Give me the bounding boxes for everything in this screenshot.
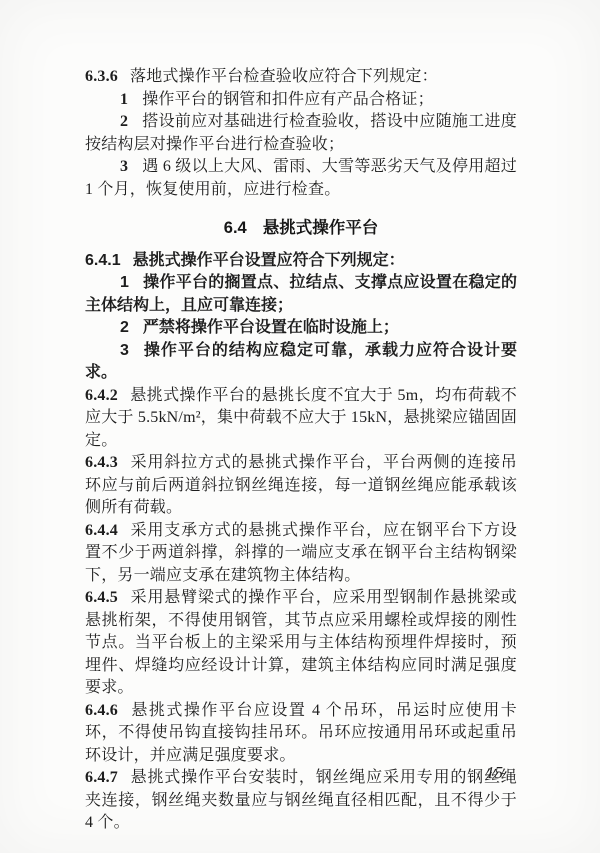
document-page: 6.3.6落地式操作平台检查验收应符合下列规定： 1操作平台的钢管和扣件应有产品… [0,0,600,853]
item-number: 2 [120,113,142,130]
clause-number: 6.4.2 [85,387,130,404]
item-number: 2 [120,319,143,336]
item-number: 3 [120,158,142,175]
page-number: 15 [486,763,503,783]
item-number: 1 [120,274,143,291]
clause-text: 采用支承方式的悬挑式操作平台，应在钢平台下方设置不少于两道斜撑，斜撑的一端应支承… [85,522,517,584]
clause-6-4-1-item-1: 1操作平台的搁置点、拉结点、支撑点应设置在稳定的主体结构上，且应可靠连接； [85,272,517,317]
item-text: 搭设前应对基础进行检查验收，搭设中应随施工进度按结构层对操作平台进行检查验收； [85,113,517,153]
clause-number: 6.3.6 [85,68,130,85]
clause-6-4-4: 6.4.4采用支承方式的悬挑式操作平台，应在钢平台下方设置不少于两道斜撑，斜撑的… [85,520,517,588]
clause-text: 悬挑式操作平台安装时，钢丝绳应采用专用的钢丝绳夹连接，钢丝绳夹数量应与钢丝绳直径… [85,769,517,831]
clause-6-4-7: 6.4.7悬挑式操作平台安装时，钢丝绳应采用专用的钢丝绳夹连接，钢丝绳夹数量应与… [85,767,517,835]
clause-number: 6.4.6 [85,702,130,719]
clause-text: 悬挑式操作平台应设置 4 个吊环，吊运时应使用卡环，不得使吊钩直接钩挂吊环。吊环… [85,702,517,764]
section-heading: 6.4悬挑式操作平台 [85,217,517,240]
clause-number: 6.4.7 [85,769,130,786]
clause-number: 6.4.1 [85,252,133,269]
item-text: 操作平台的结构应稳定可靠，承载力应符合设计要求。 [85,342,517,382]
item-text: 严禁将操作平台设置在临时设施上； [143,319,399,336]
item-number: 3 [120,342,143,359]
clause-text: 采用悬臂梁式的操作平台，应采用型钢制作悬挑梁或悬挑桁架，不得使用钢管，其节点应采… [85,589,517,696]
item-text: 遇 6 级以上大风、雷雨、大雪等恶劣天气及停用超过 1 个月，恢复使用前，应进行… [85,158,517,198]
clause-number: 6.4.4 [85,522,130,539]
page-content: 6.3.6落地式操作平台检查验收应符合下列规定： 1操作平台的钢管和扣件应有产品… [85,66,517,835]
clause-number: 6.4.5 [85,589,130,606]
clause-6-4-1: 6.4.1悬挑式操作平台设置应符合下列规定： [85,250,517,273]
clause-6-3-6: 6.3.6落地式操作平台检查验收应符合下列规定： [85,66,517,89]
clause-6-4-3: 6.4.3采用斜拉方式的悬挑式操作平台，平台两侧的连接吊环应与前后两道斜拉钢丝绳… [85,452,517,520]
clause-text: 悬挑式操作平台的悬挑长度不宜大于 5m，均布荷载不应大于 5.5kN/m²，集中… [85,387,517,449]
section-title: 悬挑式操作平台 [263,219,379,237]
clause-6-4-1-item-3: 3操作平台的结构应稳定可靠，承载力应符合设计要求。 [85,340,517,385]
item-text: 操作平台的钢管和扣件应有产品合格证； [142,91,434,108]
clause-text: 落地式操作平台检查验收应符合下列规定： [130,68,438,85]
clause-text: 悬挑式操作平台设置应符合下列规定： [133,252,405,269]
clause-text: 采用斜拉方式的悬挑式操作平台，平台两侧的连接吊环应与前后两道斜拉钢丝绳连接，每一… [85,454,517,516]
clause-6-3-6-item-3: 3遇 6 级以上大风、雷雨、大雪等恶劣天气及停用超过 1 个月，恢复使用前，应进… [85,156,517,201]
clause-6-4-5: 6.4.5采用悬臂梁式的操作平台，应采用型钢制作悬挑梁或悬挑桁架，不得使用钢管，… [85,587,517,700]
item-number: 1 [120,91,142,108]
clause-6-4-6: 6.4.6悬挑式操作平台应设置 4 个吊环，吊运时应使用卡环，不得使吊钩直接钩挂… [85,700,517,768]
clause-6-3-6-item-2: 2搭设前应对基础进行检查验收，搭设中应随施工进度按结构层对操作平台进行检查验收； [85,111,517,156]
clause-6-3-6-item-1: 1操作平台的钢管和扣件应有产品合格证； [85,89,517,112]
clause-6-4-1-item-2: 2严禁将操作平台设置在临时设施上； [85,317,517,340]
item-text: 操作平台的搁置点、拉结点、支撑点应设置在稳定的主体结构上，且应可靠连接； [85,274,517,314]
clause-6-4-2: 6.4.2悬挑式操作平台的悬挑长度不宜大于 5m，均布荷载不应大于 5.5kN/… [85,385,517,453]
section-number: 6.4 [224,219,247,237]
clause-number: 6.4.3 [85,454,130,471]
